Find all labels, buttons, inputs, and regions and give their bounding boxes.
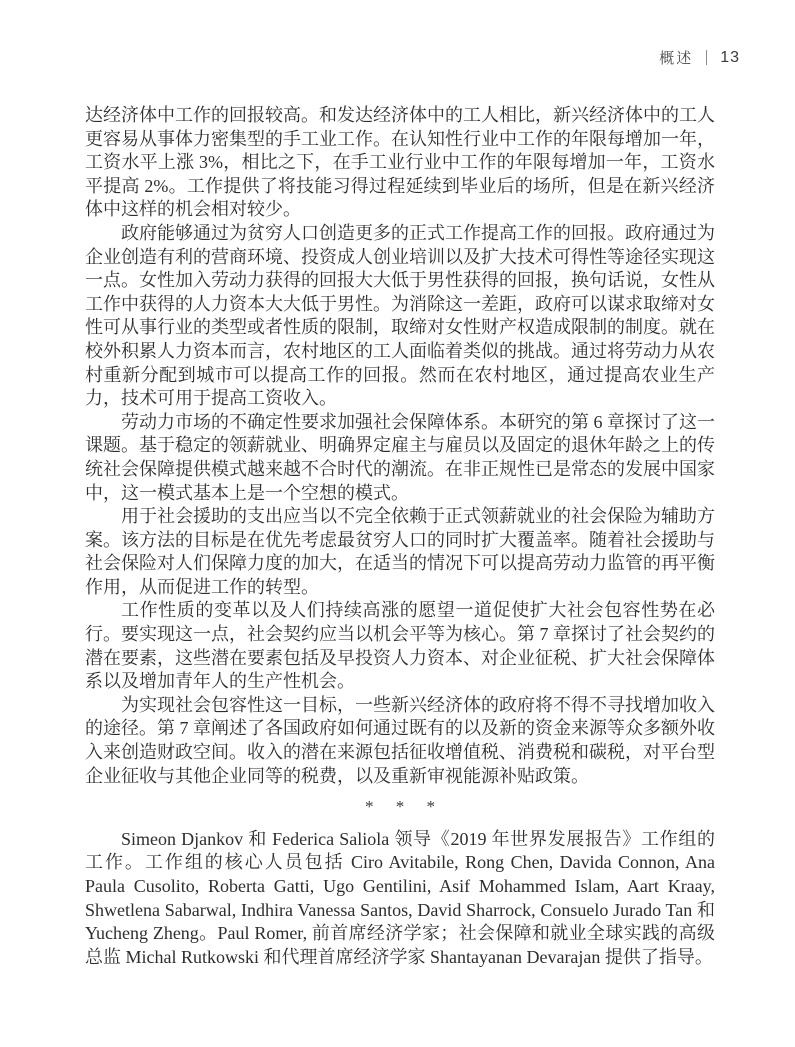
body-paragraph: 政府能够通过为贫穷人口创造更多的正式工作提高工作的回报。政府通过为企业创造有利的… [85, 222, 715, 411]
body-paragraph: 达经济体中工作的回报较高。和发达经济体中的工人相比，新兴经济体中的工人更容易从事… [85, 104, 715, 222]
page-number: 13 [720, 49, 740, 67]
section-title: 概述 [659, 47, 693, 68]
book-page: 概述 13 达经济体中工作的回报较高。和发达经济体中的工人相比，新兴经济体中的工… [0, 0, 795, 1047]
running-header: 概述 13 [659, 47, 740, 68]
body-paragraph: 用于社会援助的支出应当以不完全依赖于正式领薪就业的社会保险为辅助方案。该方法的目… [85, 505, 715, 599]
body-paragraph: 劳动力市场的不确定性要求加强社会保障体系。本研究的第 6 章探讨了这一课题。基于… [85, 411, 715, 505]
body-paragraph: Simeon Djankov 和 Federica Saliola 领导《201… [85, 828, 715, 970]
body-paragraph: 工作性质的变革以及人们持续高涨的愿望一道促使扩大社会包容性势在必行。要实现这一点… [85, 599, 715, 693]
asterisk-separator: * * * [85, 795, 715, 819]
body-paragraph: 为实现社会包容性这一目标，一些新兴经济体的政府将不得不寻找增加收入的途径。第 7… [85, 694, 715, 788]
body-text: 达经济体中工作的回报较高。和发达经济体中的工人相比，新兴经济体中的工人更容易从事… [85, 104, 715, 969]
header-divider [706, 50, 707, 65]
